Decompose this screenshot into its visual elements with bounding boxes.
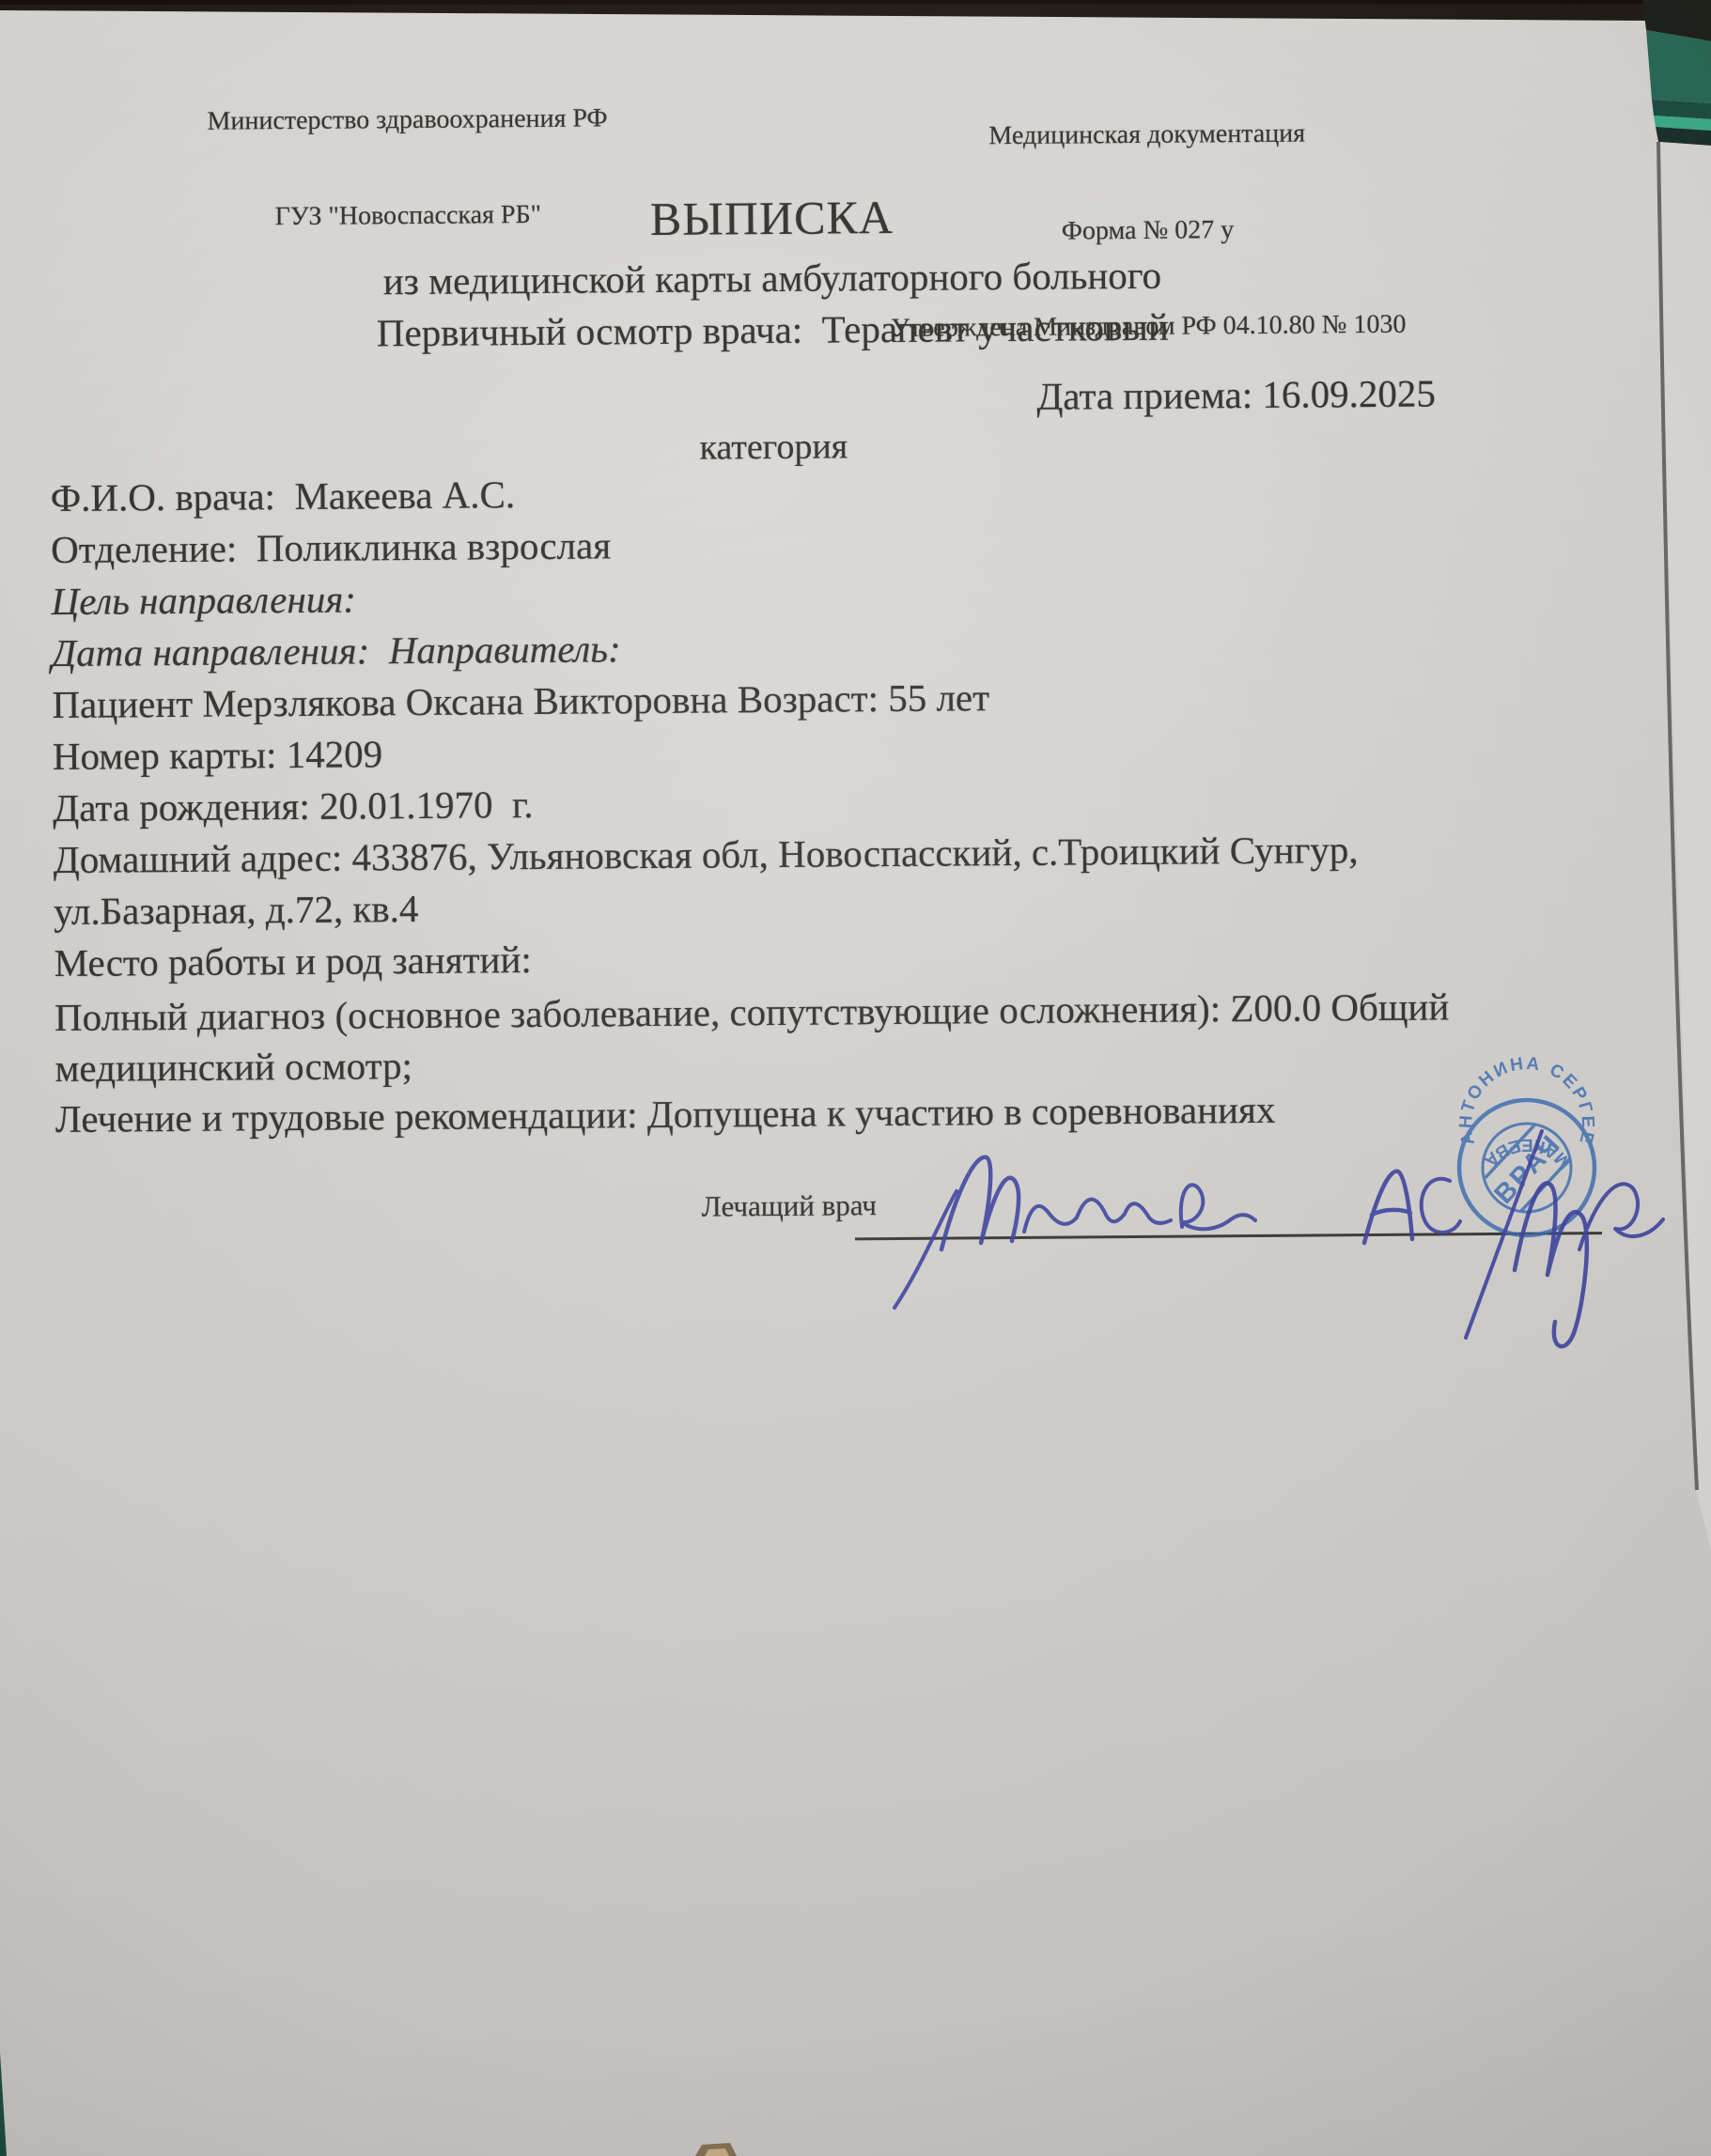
signature-m-stroke — [941, 1157, 1019, 1249]
stamp-name-arc-top: АНТОНИНА СЕРГЕЕВНА — [0, 0, 1597, 1148]
signature-c-initial-stroke — [1422, 1179, 1460, 1233]
signature-leadin-stroke — [894, 1191, 957, 1308]
signature-akeeva-stroke — [1024, 1200, 1171, 1232]
signature-a-initial-stroke — [1364, 1171, 1412, 1243]
signature-va-stroke — [1181, 1185, 1255, 1229]
ink-layer: АНТОНИНА СЕРГЕЕВНА МАКЕЕВА ВРАЧ — [0, 0, 1711, 2156]
doctor-stamp: АНТОНИНА СЕРГЕЕВНА МАКЕЕВА ВРАЧ — [0, 0, 1597, 1235]
photo-of-medical-extract: { "colors": { "paper": "#d6d4d1", "table… — [0, 0, 1711, 2156]
signature-tail-stroke — [1579, 1184, 1663, 1249]
